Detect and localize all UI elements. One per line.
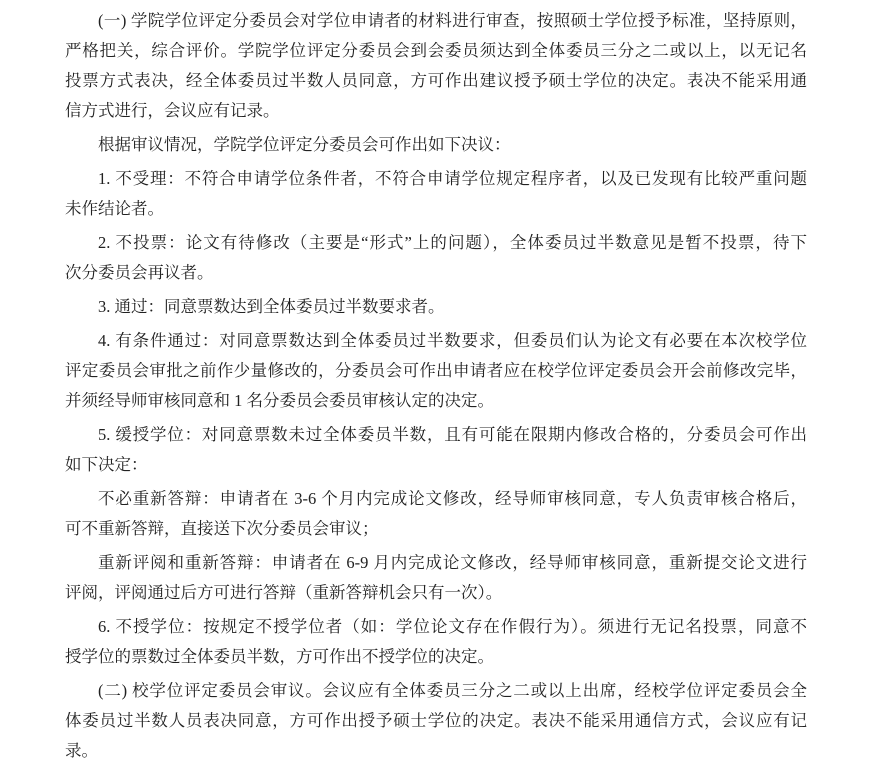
text-line: 5. 缓授学位：对同意票数未过全体委员半数，且有可能在限期内修改合格的，分委员会… xyxy=(65,420,807,450)
paragraph: (一) 学院学位评定分委员会对学位申请者的材料进行审查，按照硕士学位授予标准，坚… xyxy=(65,6,807,126)
text-line: 重新评阅和重新答辩：申请者在 6-9 月内完成论文修改，经导师审核同意，重新提交… xyxy=(65,548,807,578)
text-line: 信方式进行，会议应有记录。 xyxy=(65,96,807,126)
text-line: 4. 有条件通过：对同意票数达到全体委员过半数要求，但委员们认为论文有必要在本次… xyxy=(65,326,807,356)
text-line: 录。 xyxy=(65,736,807,766)
text-line: 可不重新答辩，直接送下次分委员会审议； xyxy=(65,514,807,544)
text-line: 严格把关，综合评价。学院学位评定分委员会到会委员须达到全体委员三分之二或以上，以… xyxy=(65,36,807,66)
paragraph: 5. 缓授学位：对同意票数未过全体委员半数，且有可能在限期内修改合格的，分委员会… xyxy=(65,420,807,480)
paragraph: 1. 不受理：不符合申请学位条件者，不符合申请学位规定程序者，以及已发现有比较严… xyxy=(65,164,807,224)
paragraph: 6. 不授学位：按规定不授学位者（如：学位论文存在作假行为）。须进行无记名投票，… xyxy=(65,612,807,672)
paragraph: (二) 校学位评定委员会审议。会议应有全体委员三分之二或以上出席，经校学位评定委… xyxy=(65,676,807,766)
text-line: 评阅，评阅通过后方可进行答辩（重新答辩机会只有一次）。 xyxy=(65,578,807,608)
text-line: 6. 不授学位：按规定不授学位者（如：学位论文存在作假行为）。须进行无记名投票，… xyxy=(65,612,807,642)
text-line: 未作结论者。 xyxy=(65,194,807,224)
text-line: 不必重新答辩：申请者在 3-6 个月内完成论文修改，经导师审核同意，专人负责审核… xyxy=(65,484,807,514)
text-line: (一) 学院学位评定分委员会对学位申请者的材料进行审查，按照硕士学位授予标准，坚… xyxy=(65,6,807,36)
paragraph: 3. 通过：同意票数达到全体委员过半数要求者。 xyxy=(65,292,807,322)
text-line: 授学位的票数过全体委员半数，方可作出不授学位的决定。 xyxy=(65,642,807,672)
text-line: 次分委员会再议者。 xyxy=(65,258,807,288)
document-page: (一) 学院学位评定分委员会对学位申请者的材料进行审查，按照硕士学位授予标准，坚… xyxy=(0,0,869,781)
paragraph: 4. 有条件通过：对同意票数达到全体委员过半数要求，但委员们认为论文有必要在本次… xyxy=(65,326,807,416)
text-line: (二) 校学位评定委员会审议。会议应有全体委员三分之二或以上出席，经校学位评定委… xyxy=(65,676,807,706)
paragraph: 2. 不投票：论文有待修改（主要是“形式”上的问题），全体委员过半数意见是暂不投… xyxy=(65,228,807,288)
document-body: (一) 学院学位评定分委员会对学位申请者的材料进行审查，按照硕士学位授予标准，坚… xyxy=(65,6,807,770)
text-line: 投票方式表决，经全体委员过半数人员同意，方可作出建议授予硕士学位的决定。表决不能… xyxy=(65,66,807,96)
text-line: 评定委员会审批之前作少量修改的，分委员会可作出申请者应在校学位评定委员会开会前修… xyxy=(65,356,807,386)
text-line: 3. 通过：同意票数达到全体委员过半数要求者。 xyxy=(65,292,807,322)
text-line: 2. 不投票：论文有待修改（主要是“形式”上的问题），全体委员过半数意见是暂不投… xyxy=(65,228,807,258)
paragraph: 不必重新答辩：申请者在 3-6 个月内完成论文修改，经导师审核同意，专人负责审核… xyxy=(65,484,807,544)
text-line: 根据审议情况，学院学位评定分委员会可作出如下决议： xyxy=(65,130,807,160)
text-line: 1. 不受理：不符合申请学位条件者，不符合申请学位规定程序者，以及已发现有比较严… xyxy=(65,164,807,194)
paragraph: 根据审议情况，学院学位评定分委员会可作出如下决议： xyxy=(65,130,807,160)
paragraph: 重新评阅和重新答辩：申请者在 6-9 月内完成论文修改，经导师审核同意，重新提交… xyxy=(65,548,807,608)
text-line: 体委员过半数人员表决同意，方可作出授予硕士学位的决定。表决不能采用通信方式，会议… xyxy=(65,706,807,736)
text-line: 并须经导师审核同意和 1 名分委员会委员审核认定的决定。 xyxy=(65,386,807,416)
text-line: 如下决定： xyxy=(65,450,807,480)
